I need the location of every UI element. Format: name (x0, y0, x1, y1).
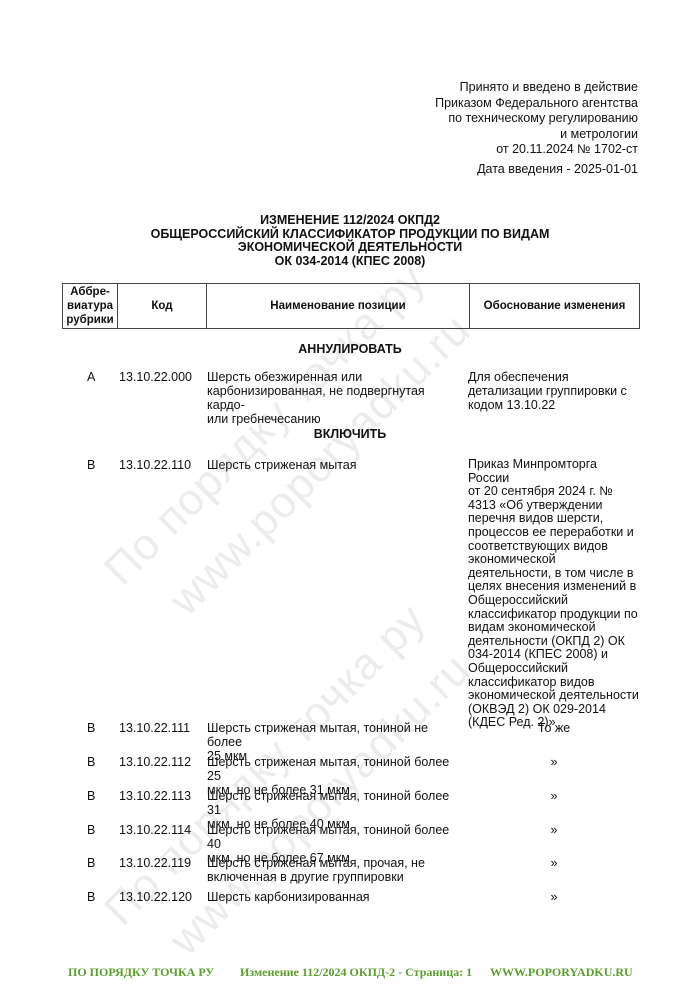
row-name-line: Шерсть стриженая мытая, прочая, не (207, 856, 462, 870)
table-header: Аббре- виатура рубрики Код Наименование … (62, 283, 640, 329)
row-abbr: B (87, 721, 107, 735)
row-abbr: B (87, 755, 107, 769)
row-code: 13.10.22.120 (119, 890, 204, 904)
row-name-line: Шерсть обезжиренная или (207, 370, 462, 384)
row-code: 13.10.22.110 (119, 458, 204, 472)
row-reason-line: целях внесения изменений в (468, 580, 640, 594)
row-reason-line: (ОКВЭД 2) ОК 029-2014 (468, 703, 640, 717)
row-name-line: или гребнечесанию (207, 412, 462, 426)
footer-site-name: ПО ПОРЯДКУ ТОЧКА РУ (68, 965, 214, 980)
header-abbr-line: виатура (65, 299, 115, 313)
row-name: Шерсть карбонизированная (207, 890, 462, 904)
document-page: Принято и введено в действие Приказом Фе… (0, 0, 700, 990)
header-reason: Обоснование изменения (470, 284, 640, 329)
row-reason-line: от 20 сентября 2024 г. № (468, 485, 640, 499)
section-title-include: ВКЛЮЧИТЬ (0, 427, 700, 441)
row-abbr: B (87, 458, 107, 472)
row-reason-line: деятельности, в том числе в (468, 567, 640, 581)
row-reason-line: Для обеспечения (468, 370, 640, 384)
row-name-line: включенная в другие группировки (207, 870, 462, 884)
row-code: 13.10.22.113 (119, 789, 204, 803)
row-reason-line: видам экономической (468, 621, 640, 635)
approval-line: Принято и введено в действие (435, 80, 638, 96)
row-name-line: Шерсть карбонизированная (207, 890, 462, 904)
row-reason: То же (468, 721, 640, 735)
row-code: 13.10.22.112 (119, 755, 204, 769)
row-reason: » (468, 890, 640, 904)
row-reason-line: перечня видов шерсти, (468, 512, 640, 526)
row-code: 13.10.22.114 (119, 823, 204, 837)
approval-line: Приказом Федерального агентства (435, 96, 638, 112)
row-reason-line: Общероссийский (468, 594, 640, 608)
row-name-line: Шерсть стриженая мытая, тониной более 40 (207, 823, 462, 851)
approval-line: и метрологии (435, 127, 638, 143)
header-abbr-line: Аббре- (65, 285, 115, 299)
title-line: ОК 034-2014 (КПЕС 2008) (0, 255, 700, 269)
row-reason-line: Приказ Минпромторга России (468, 458, 640, 485)
title-line: ОБЩЕРОССИЙСКИЙ КЛАССИФИКАТОР ПРОДУКЦИИ П… (0, 228, 700, 242)
title-line: ЭКОНОМИЧЕСКОЙ ДЕЯТЕЛЬНОСТИ (0, 241, 700, 255)
row-abbr: B (87, 823, 107, 837)
intro-date: Дата введения - 2025-01-01 (477, 162, 638, 176)
approval-block: Принято и введено в действие Приказом Фе… (435, 80, 638, 158)
row-reason-line: детализации группировки с (468, 384, 640, 398)
row-name-line: Шерсть стриженая мытая (207, 458, 462, 472)
row-name-line: карбонизированная, не подвергнутая кардо… (207, 384, 462, 412)
row-name-line: Шерсть стриженая мытая, тониной более 25 (207, 755, 462, 783)
row-code: 13.10.22.111 (119, 721, 204, 735)
footer-site-url[interactable]: WWW.POPORYADKU.RU (490, 965, 633, 980)
footer-page-info: Изменение 112/2024 ОКПД-2 - Страница: 1 (240, 965, 472, 980)
row-reason: » (468, 789, 640, 803)
row-reason: » (468, 755, 640, 769)
row-code: 13.10.22.000 (119, 370, 204, 384)
row-reason-line: 4313 «Об утверждении (468, 499, 640, 513)
row-reason: Для обеспечения детализации группировки … (468, 370, 640, 412)
row-reason: » (468, 823, 640, 837)
header-abbr: Аббре- виатура рубрики (63, 284, 118, 329)
row-reason-line: деятельности (ОКПД 2) ОК (468, 635, 640, 649)
row-reason-line: процессов ее переработки и (468, 526, 640, 540)
row-reason-line: экономической деятельности (468, 689, 640, 703)
row-name: Шерсть стриженая мытая, прочая, не включ… (207, 856, 462, 884)
row-name-line: Шерсть стриженая мытая, тониной не более (207, 721, 462, 749)
row-reason: » (468, 856, 640, 870)
row-abbr: B (87, 856, 107, 870)
row-abbr: A (87, 370, 107, 384)
header-name: Наименование позиции (207, 284, 470, 329)
title-line: ИЗМЕНЕНИЕ 112/2024 ОКПД2 (0, 214, 700, 228)
row-reason-line: кодом 13.10.22 (468, 398, 640, 412)
row-reason-line: классификатор видов (468, 676, 640, 690)
row-reason: Приказ Минпромторга России от 20 сентябр… (468, 458, 640, 730)
row-name: Шерсть стриженая мытая (207, 458, 462, 472)
row-reason-line: Общероссийский (468, 662, 640, 676)
row-reason-line: классификатор продукции по (468, 608, 640, 622)
row-reason-line: экономической (468, 553, 640, 567)
row-reason-line: 034-2014 (КПЕС 2008) и (468, 648, 640, 662)
row-name: Шерсть обезжиренная или карбонизированна… (207, 370, 462, 426)
header-abbr-line: рубрики (65, 313, 115, 327)
approval-line: от 20.11.2024 № 1702-ст (435, 142, 638, 158)
approval-line: по техническому регулированию (435, 111, 638, 127)
row-abbr: B (87, 789, 107, 803)
section-title-annul: АННУЛИРОВАТЬ (0, 342, 700, 356)
row-abbr: B (87, 890, 107, 904)
document-title: ИЗМЕНЕНИЕ 112/2024 ОКПД2 ОБЩЕРОССИЙСКИЙ … (0, 214, 700, 268)
row-name-line: Шерсть стриженая мытая, тониной более 31 (207, 789, 462, 817)
row-code: 13.10.22.119 (119, 856, 204, 870)
header-code: Код (118, 284, 207, 329)
row-reason-line: соответствующих видов (468, 540, 640, 554)
